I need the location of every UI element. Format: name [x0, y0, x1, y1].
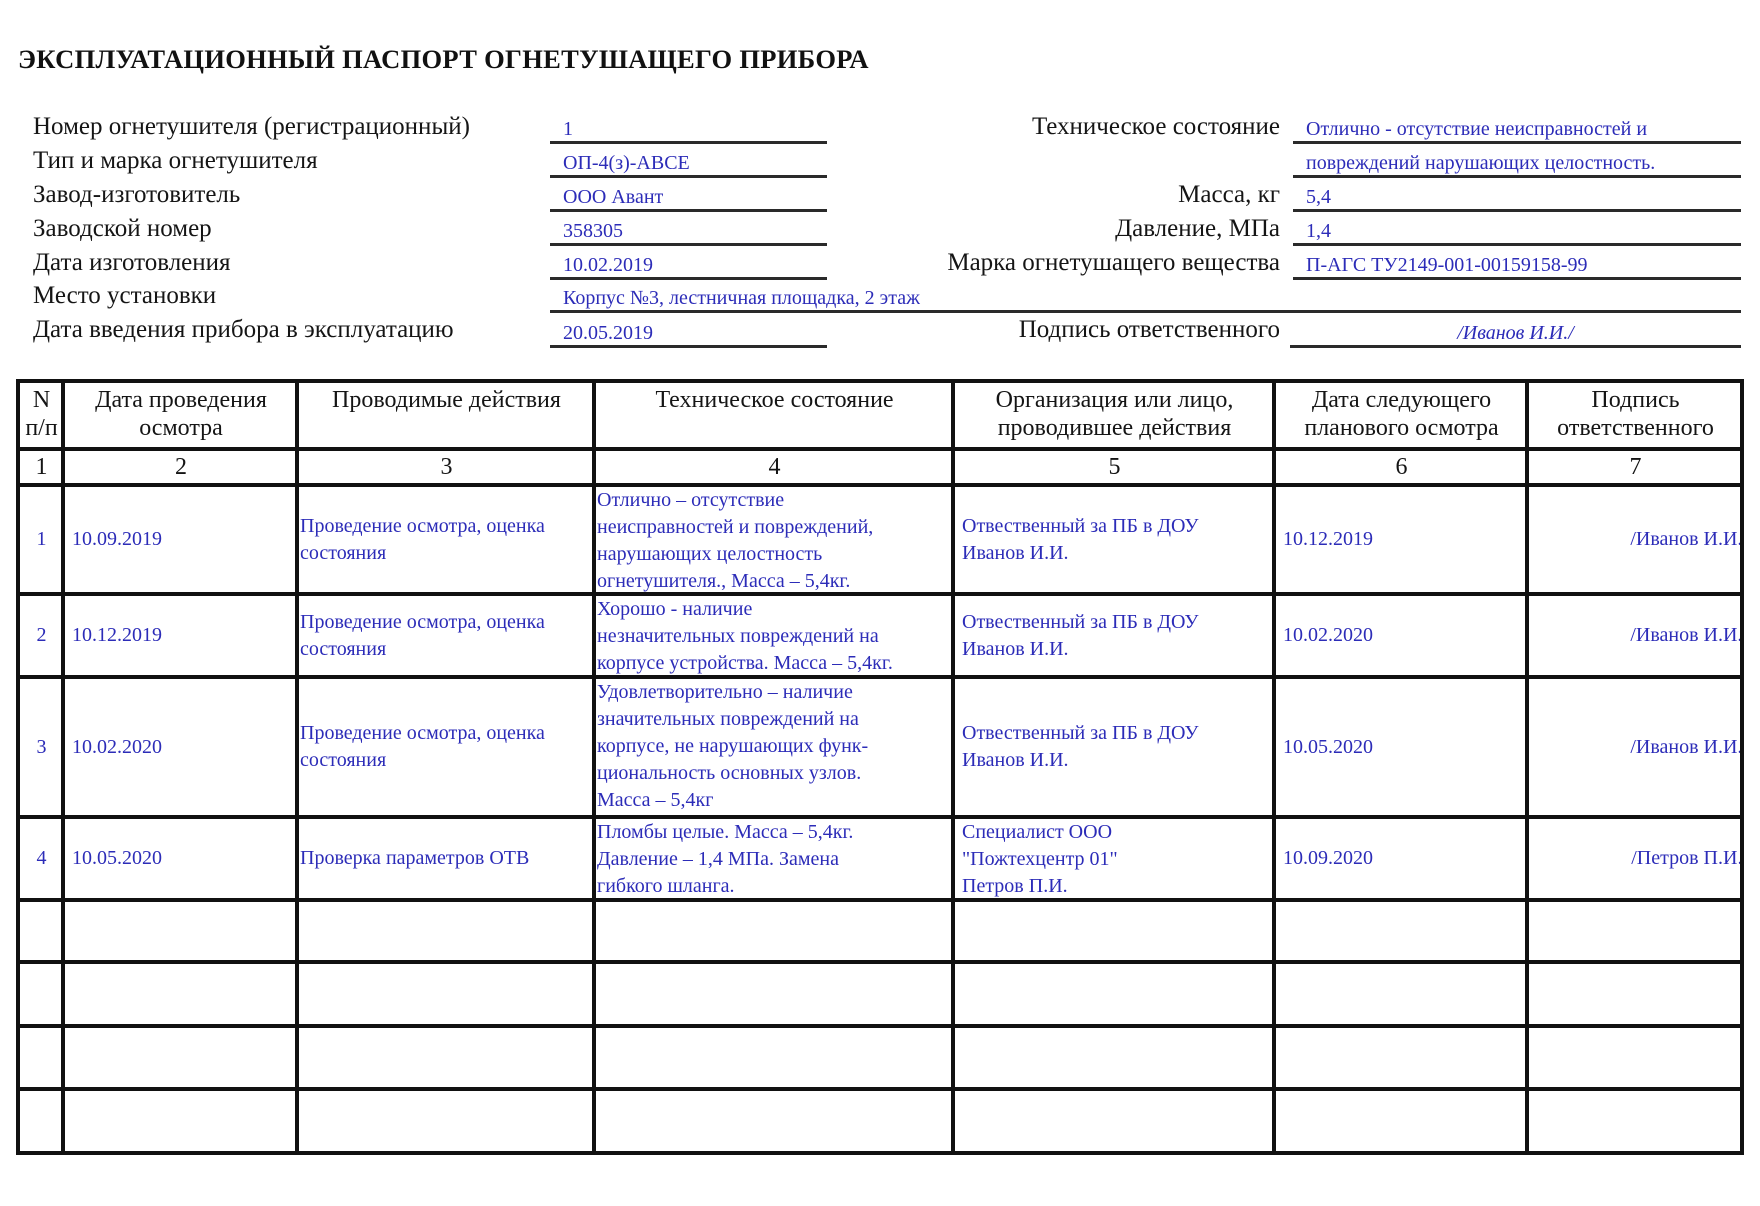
header-n-text: N п/п — [25, 386, 57, 442]
cell-org[interactable]: Отвественный за ПБ в ДОУ Иванов И.И. — [956, 679, 1273, 815]
cell-action[interactable]: Проведение осмотра, оценка состояния — [300, 679, 593, 815]
cell-n[interactable]: 3 — [21, 679, 62, 815]
cell-action-text: Проверка параметров ОТВ — [300, 845, 529, 872]
empty-cell-action[interactable] — [300, 902, 593, 960]
table-horizontal-rule — [16, 1087, 1744, 1091]
column-number-5-text: 5 — [1109, 452, 1121, 482]
cell-next-date-text: 10.02.2020 — [1283, 622, 1373, 649]
cell-n[interactable]: 2 — [21, 596, 62, 675]
table-vertical-rule — [61, 379, 65, 1155]
column-number-7: 7 — [1530, 451, 1741, 483]
empty-cell-n[interactable] — [21, 1028, 62, 1087]
cell-n-text: 4 — [37, 845, 47, 872]
empty-cell-next-date[interactable] — [1277, 1091, 1526, 1151]
empty-cell-signature[interactable] — [1530, 1028, 1741, 1087]
column-number-6: 6 — [1277, 451, 1526, 483]
empty-cell-next-date[interactable] — [1277, 1028, 1526, 1087]
cell-action-text: Проведение осмотра, оценка состояния — [300, 513, 545, 567]
header-date-text: Дата проведения осмотра — [95, 386, 267, 442]
cell-state-text: Удовлетворительно – наличие значительных… — [597, 679, 868, 814]
empty-cell-next-date[interactable] — [1277, 964, 1526, 1024]
empty-cell-org[interactable] — [956, 1028, 1273, 1087]
header-org-text: Организация или лицо, проводившее действ… — [996, 386, 1234, 442]
cell-state-text: Пломбы целые. Масса – 5,4кг. Давление – … — [597, 819, 853, 898]
cell-action[interactable]: Проверка параметров ОТВ — [300, 819, 593, 898]
cell-action-text: Проведение осмотра, оценка состояния — [300, 609, 545, 663]
column-number-4: 4 — [597, 451, 952, 483]
cell-state[interactable]: Хорошо - наличие незначительных поврежде… — [597, 596, 952, 675]
table-vertical-rule — [951, 379, 955, 1155]
column-number-5: 5 — [956, 451, 1273, 483]
empty-cell-org[interactable] — [956, 1091, 1273, 1151]
cell-date[interactable]: 10.05.2020 — [66, 819, 296, 898]
header-signature: Подпись ответственного — [1530, 383, 1741, 447]
table-vertical-rule — [592, 379, 596, 1155]
cell-n[interactable]: 4 — [21, 819, 62, 898]
cell-next-date-text: 10.09.2020 — [1283, 845, 1373, 872]
cell-signature[interactable]: /Иванов И.И./ — [1530, 679, 1741, 815]
empty-cell-org[interactable] — [956, 902, 1273, 960]
column-number-7-text: 7 — [1630, 452, 1642, 482]
cell-signature-text: /Петров П.И./ — [1631, 845, 1741, 872]
table-vertical-rule — [295, 379, 299, 1155]
empty-cell-n[interactable] — [21, 902, 62, 960]
header-signature-text: Подпись ответственного — [1557, 386, 1714, 442]
inspection-table: N п/пДата проведения осмотраПроводимые д… — [0, 0, 1760, 1206]
table-horizontal-rule — [16, 960, 1744, 964]
cell-state[interactable]: Удовлетворительно – наличие значительных… — [597, 679, 952, 815]
empty-cell-signature[interactable] — [1530, 1091, 1741, 1151]
cell-date-text: 10.09.2019 — [72, 526, 162, 553]
cell-org[interactable]: Специалист ООО "Пожтехцентр 01" Петров П… — [956, 819, 1273, 898]
empty-cell-signature[interactable] — [1530, 964, 1741, 1024]
empty-cell-date[interactable] — [66, 964, 296, 1024]
cell-next-date[interactable]: 10.12.2019 — [1277, 487, 1526, 592]
cell-org-text: Отвественный за ПБ в ДОУ Иванов И.И. — [962, 513, 1199, 567]
empty-cell-org[interactable] — [956, 964, 1273, 1024]
cell-date-text: 10.12.2019 — [72, 622, 162, 649]
cell-org[interactable]: Отвественный за ПБ в ДОУ Иванов И.И. — [956, 487, 1273, 592]
header-org: Организация или лицо, проводившее действ… — [956, 383, 1273, 447]
empty-cell-state[interactable] — [597, 964, 952, 1024]
cell-next-date[interactable]: 10.02.2020 — [1277, 596, 1526, 675]
column-number-4-text: 4 — [769, 452, 781, 482]
cell-signature-text: /Иванов И.И./ — [1630, 526, 1741, 553]
column-number-3-text: 3 — [441, 452, 453, 482]
empty-cell-state[interactable] — [597, 902, 952, 960]
column-number-1-text: 1 — [36, 452, 48, 482]
table-horizontal-rule — [16, 1024, 1744, 1028]
column-number-6-text: 6 — [1396, 452, 1408, 482]
cell-org-text: Отвественный за ПБ в ДОУ Иванов И.И. — [962, 720, 1199, 774]
empty-cell-n[interactable] — [21, 1091, 62, 1151]
cell-date-text: 10.05.2020 — [72, 845, 162, 872]
cell-state-text: Отлично – отсутствие неисправностей и по… — [597, 487, 873, 592]
cell-signature[interactable]: /Петров П.И./ — [1530, 819, 1741, 898]
table-horizontal-rule — [16, 379, 1744, 383]
header-action-text: Проводимые действия — [332, 386, 561, 414]
cell-next-date-text: 10.05.2020 — [1283, 734, 1373, 761]
empty-cell-date[interactable] — [66, 902, 296, 960]
cell-org[interactable]: Отвественный за ПБ в ДОУ Иванов И.И. — [956, 596, 1273, 675]
table-horizontal-rule — [16, 815, 1744, 819]
cell-date[interactable]: 10.02.2020 — [66, 679, 296, 815]
cell-action-text: Проведение осмотра, оценка состояния — [300, 720, 545, 774]
empty-cell-state[interactable] — [597, 1028, 952, 1087]
cell-signature[interactable]: /Иванов И.И./ — [1530, 487, 1741, 592]
cell-n[interactable]: 1 — [21, 487, 62, 592]
table-horizontal-rule — [16, 447, 1744, 451]
header-next-date: Дата следующего планового осмотра — [1277, 383, 1526, 447]
cell-state[interactable]: Пломбы целые. Масса – 5,4кг. Давление – … — [597, 819, 952, 898]
empty-cell-date[interactable] — [66, 1091, 296, 1151]
cell-signature[interactable]: /Иванов И.И./ — [1530, 596, 1741, 675]
cell-signature-text: /Иванов И.И./ — [1630, 622, 1741, 649]
empty-cell-action[interactable] — [300, 964, 593, 1024]
cell-date-text: 10.02.2020 — [72, 734, 162, 761]
column-number-2-text: 2 — [175, 452, 187, 482]
table-horizontal-rule — [16, 592, 1744, 596]
empty-cell-action[interactable] — [300, 1091, 593, 1151]
empty-cell-state[interactable] — [597, 1091, 952, 1151]
cell-next-date-text: 10.12.2019 — [1283, 526, 1373, 553]
cell-state-text: Хорошо - наличие незначительных поврежде… — [597, 596, 893, 675]
cell-n-text: 3 — [37, 734, 47, 761]
table-horizontal-rule — [16, 1151, 1744, 1155]
empty-cell-signature[interactable] — [1530, 902, 1741, 960]
cell-signature-text: /Иванов И.И./ — [1630, 734, 1741, 761]
column-number-3: 3 — [300, 451, 593, 483]
header-next-date-text: Дата следующего планового осмотра — [1304, 386, 1498, 442]
table-horizontal-rule — [16, 483, 1744, 487]
table-vertical-rule — [1272, 379, 1276, 1155]
header-action: Проводимые действия — [300, 383, 593, 447]
column-number-1: 1 — [21, 451, 62, 483]
cell-next-date[interactable]: 10.05.2020 — [1277, 679, 1526, 815]
header-state-text: Техническое состояние — [655, 386, 893, 414]
cell-n-text: 2 — [37, 622, 47, 649]
empty-cell-n[interactable] — [21, 964, 62, 1024]
cell-n-text: 1 — [37, 526, 47, 553]
cell-state[interactable]: Отлично – отсутствие неисправностей и по… — [597, 487, 952, 592]
cell-org-text: Специалист ООО "Пожтехцентр 01" Петров П… — [962, 819, 1118, 898]
header-n: N п/п — [21, 383, 62, 447]
table-vertical-rule — [1525, 379, 1529, 1155]
empty-cell-date[interactable] — [66, 1028, 296, 1087]
table-vertical-rule — [16, 379, 20, 1155]
cell-action[interactable]: Проведение осмотра, оценка состояния — [300, 596, 593, 675]
empty-cell-next-date[interactable] — [1277, 902, 1526, 960]
table-horizontal-rule — [16, 898, 1744, 902]
cell-org-text: Отвественный за ПБ в ДОУ Иванов И.И. — [962, 609, 1199, 663]
cell-next-date[interactable]: 10.09.2020 — [1277, 819, 1526, 898]
cell-date[interactable]: 10.12.2019 — [66, 596, 296, 675]
header-state: Техническое состояние — [597, 383, 952, 447]
cell-action[interactable]: Проведение осмотра, оценка состояния — [300, 487, 593, 592]
table-horizontal-rule — [16, 675, 1744, 679]
header-date: Дата проведения осмотра — [66, 383, 296, 447]
cell-date[interactable]: 10.09.2019 — [66, 487, 296, 592]
column-number-2: 2 — [66, 451, 296, 483]
table-vertical-rule — [1740, 379, 1744, 1155]
empty-cell-action[interactable] — [300, 1028, 593, 1087]
